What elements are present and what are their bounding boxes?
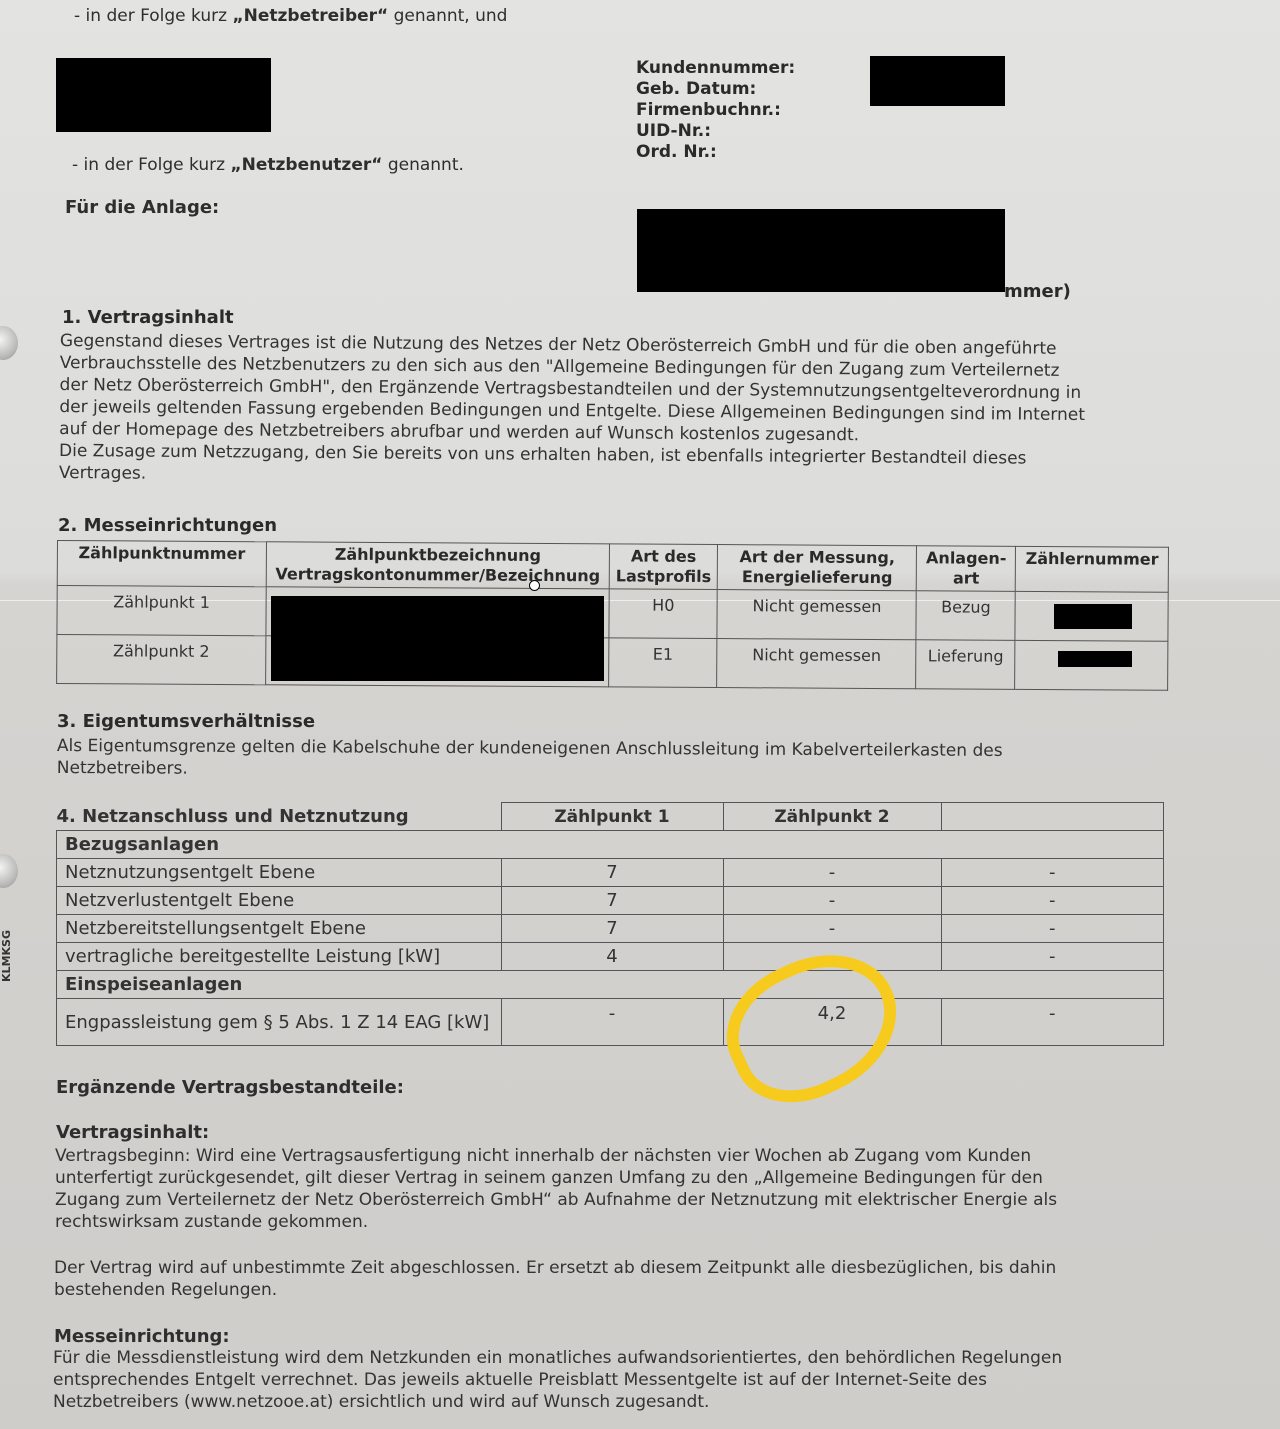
section3-body: Als Eigentumsgrenze gelten die Kabelschu…	[57, 735, 1003, 784]
supplement-title: Ergänzende Vertragsbestandteile:	[56, 1077, 404, 1098]
field-ord-nr: Ord. Nr.:	[636, 142, 795, 163]
header-text: Zählpunktnummer	[64, 543, 260, 564]
section1-title: 1. Vertragsinhalt	[62, 307, 234, 328]
header-text: Zählernummer	[1022, 549, 1162, 570]
header-text: Energielieferung	[724, 567, 910, 588]
measurement-cell: Nicht gemessen	[717, 590, 916, 640]
header-text: Lastprofils	[616, 566, 711, 587]
user-line: - in der Folge kurz „Netzbenutzer“ genan…	[72, 154, 464, 176]
table-row: vertragliche bereitgestellte Leistung [k…	[57, 943, 1164, 971]
grid-usage-header-row: 4. Netzanschluss und Netznutzung Zählpun…	[57, 803, 1164, 831]
user-term: „Netzbenutzer“	[230, 155, 382, 175]
row-label: Engpassleistung gem § 5 Abs. 1 Z 14 EAG …	[57, 999, 502, 1046]
group-row: Einspeiseanlagen	[57, 971, 1164, 999]
table-row: Engpassleistung gem § 5 Abs. 1 Z 14 EAG …	[57, 999, 1164, 1046]
metering-title: Messeinrichtung:	[54, 1326, 230, 1347]
operator-prefix: - in der Folge kurz	[74, 6, 232, 26]
contract-line: unterfertigt zurückgesendet, gilt dieser…	[55, 1167, 1057, 1189]
zp1-value: 7	[501, 915, 723, 943]
plant-label: Für die Anlage:	[65, 197, 219, 219]
zp2-value: -	[723, 887, 941, 915]
redacted-plant-address	[637, 209, 1005, 292]
redacted-designation	[271, 596, 604, 681]
zp3-value: -	[941, 999, 1164, 1046]
field-birth-date: Geb. Datum:	[636, 79, 795, 100]
zp1-value: 7	[501, 887, 723, 915]
operator-term: „Netzbetreiber“	[232, 6, 388, 26]
row-label: vertragliche bereitgestellte Leistung [k…	[57, 943, 502, 971]
measurement-cell: Nicht gemessen	[717, 639, 916, 689]
metering-line: Netzbetreibers (www.netzooe.at) ersichtl…	[53, 1391, 1062, 1413]
redacted-meter-number-1	[1054, 604, 1132, 629]
field-company-reg: Firmenbuchnr.:	[636, 100, 795, 121]
zp2-value: -	[723, 915, 941, 943]
section1-body: Gegenstand dieses Vertrages ist die Nutz…	[59, 330, 1086, 492]
contract-line: rechtswirksam zustande gekommen.	[55, 1211, 1057, 1233]
col-header-empty	[941, 803, 1164, 831]
zp3-value: -	[941, 859, 1164, 887]
contract-line: Zugang zum Verteilernetz der Netz Oberös…	[55, 1189, 1057, 1211]
user-prefix: - in der Folge kurz	[72, 155, 230, 175]
header-text: Vertragskontonummer/Bezeichnung	[273, 564, 603, 586]
group-feed-in: Einspeiseanlagen	[57, 971, 1164, 999]
zp3-value: -	[941, 915, 1164, 943]
header-text: Art der Messung,	[724, 547, 910, 568]
term-line: Der Vertrag wird auf unbestimmte Zeit ab…	[54, 1257, 1056, 1279]
term-line: bestehenden Regelungen.	[54, 1279, 1056, 1301]
header-plant-type: Anlagen-art	[917, 546, 1016, 592]
header-text: art	[923, 568, 1009, 589]
contract-title: Vertragsinhalt:	[56, 1122, 209, 1143]
header-text: Zählpunktbezeichnung	[273, 544, 603, 566]
profile-cell: H0	[609, 589, 718, 639]
grid-usage-table: 4. Netzanschluss und Netznutzung Zählpun…	[56, 802, 1164, 1046]
plant-number-suffix: mmer)	[1004, 281, 1071, 302]
table-row: Netznutzungsentgelt Ebene 7 - -	[57, 859, 1164, 887]
punch-hole	[0, 326, 18, 360]
magnifier-cursor-icon	[529, 580, 540, 591]
header-profile: Art desLastprofils	[609, 544, 718, 590]
section2-title: 2. Messeinrichtungen	[58, 515, 277, 536]
table-row: Netzbereitstellungsentgelt Ebene 7 - -	[57, 915, 1164, 943]
contract-line: Vertragsbeginn: Wird eine Vertragsausfer…	[55, 1145, 1057, 1167]
plant-type-cell: Lieferung	[916, 640, 1015, 690]
row-label: Netzverlustentgelt Ebene	[57, 887, 502, 915]
plant-type-cell: Bezug	[916, 591, 1015, 641]
redacted-meter-number-2	[1058, 651, 1132, 667]
contract-body: Vertragsbeginn: Wird eine Vertragsausfer…	[55, 1145, 1057, 1233]
zp1-value: 4	[501, 943, 723, 971]
point-cell: Zählpunkt 1	[57, 586, 266, 636]
zp1-value: 7	[501, 859, 723, 887]
punch-hole	[0, 854, 18, 888]
point-cell: Zählpunkt 2	[57, 635, 266, 685]
field-customer-number: Kundennummer:	[636, 58, 795, 79]
metering-body: Für die Messdienstleistung wird dem Netz…	[53, 1347, 1062, 1413]
table-row: Zählpunkt 2 1 E1 Nicht gemessen Lieferun…	[57, 635, 1168, 691]
row-label: Netzbereitstellungsentgelt Ebene	[57, 915, 502, 943]
group-row: Bezugsanlagen	[57, 831, 1164, 859]
col-header-zp1: Zählpunkt 1	[501, 803, 723, 831]
header-meter-number: Zählernummer	[1016, 546, 1169, 592]
zp3-value: -	[941, 943, 1164, 971]
table-row: Zählpunkt 1 1 H0 Nicht gemessen Bezug	[57, 586, 1168, 642]
side-code: KLMKSG	[0, 930, 13, 982]
col-header-zp2: Zählpunkt 2	[723, 803, 941, 831]
section4-title: 4. Netzanschluss und Netznutzung	[57, 803, 502, 831]
zp1-value: -	[501, 999, 723, 1046]
metering-line: Für die Messdienstleistung wird dem Netz…	[53, 1347, 1062, 1369]
metering-line: entsprechendes Entgelt verrechnet. Das j…	[53, 1369, 1062, 1391]
redacted-customer-number	[870, 56, 1005, 106]
field-uid: UID-Nr.:	[636, 121, 795, 142]
operator-suffix: genannt, und	[388, 6, 507, 26]
zp3-value: -	[941, 887, 1164, 915]
metering-header-row: Zählpunktnummer ZählpunktbezeichnungVert…	[57, 541, 1168, 593]
header-text: Art des	[616, 546, 711, 567]
header-text: Anlagen-	[923, 548, 1009, 569]
row-label: Netznutzungsentgelt Ebene	[57, 859, 502, 887]
zp2-value: -	[723, 859, 941, 887]
customer-fields: Kundennummer: Geb. Datum: Firmenbuchnr.:…	[636, 58, 795, 163]
header-measurement: Art der Messung,Energielieferung	[718, 545, 917, 591]
user-suffix: genannt.	[382, 155, 463, 175]
table-row: Netzverlustentgelt Ebene 7 - -	[57, 887, 1164, 915]
header-point-number: Zählpunktnummer	[57, 541, 266, 587]
operator-line: - in der Folge kurz „Netzbetreiber“ gena…	[74, 5, 507, 27]
profile-cell: E1	[609, 638, 718, 688]
metering-table: Zählpunktnummer ZählpunktbezeichnungVert…	[56, 540, 1169, 691]
term-body: Der Vertrag wird auf unbestimmte Zeit ab…	[54, 1257, 1056, 1301]
redacted-customer-name	[56, 58, 271, 132]
header-designation: ZählpunktbezeichnungVertragskontonummer/…	[266, 542, 609, 589]
section3-title: 3. Eigentumsverhältnisse	[57, 711, 315, 732]
group-consumption: Bezugsanlagen	[57, 831, 1164, 859]
